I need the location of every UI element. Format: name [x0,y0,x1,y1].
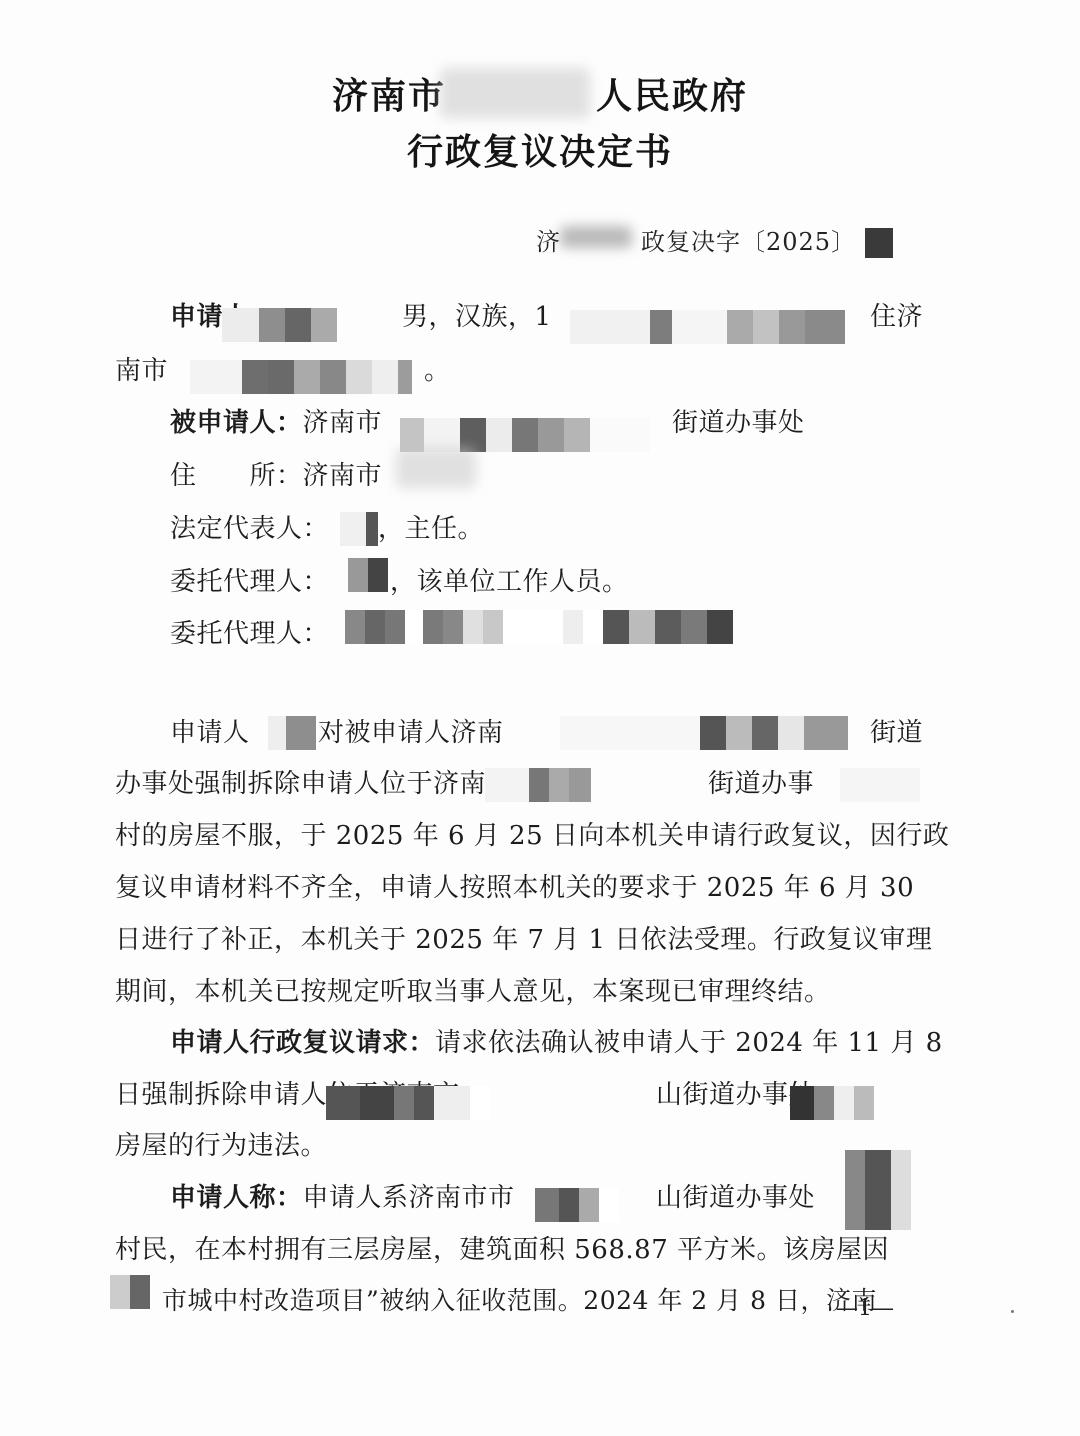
para3-line1-end: 山街道办事处 [656,1177,815,1214]
legal-rep-value: ，主任。 [378,508,484,545]
respondent-label: 被申请人： [170,408,303,438]
para1-line1-mid: 对被申请人济南 [318,712,504,749]
para3-line1-text: 申请人系济南市市 [303,1183,515,1213]
applicant-details: 男，汉族，1 [402,296,552,333]
domicile-value: 济南市 [303,461,383,491]
para2-location-redaction [326,1086,490,1120]
applicant-address-end: 。 [424,350,451,387]
para1-line4: 复议申请材料不齐全，申请人按照本机关的要求于 2025 年 6 月 30 [115,867,914,904]
agent2-redaction [345,610,733,644]
para2-line3: 房屋的行为违法。 [115,1125,327,1162]
para1-line6: 期间，本机关已按规定听取当事人意见，本案现已审理终结。 [115,971,831,1008]
document-title-line2: 行政复议决定书 [0,124,1080,175]
para3-project-redaction [110,1275,150,1309]
doc-number-prefix: 济 [536,228,561,256]
doc-number-redaction [865,228,893,258]
para3-line3: 市城中村改造项目”被纳入征收范围。2024 年 2 月 8 日，济南 [162,1281,877,1317]
para1-line1-start: 申请人 [170,712,250,749]
agent1-redaction [348,558,388,592]
doc-number-redaction-blur [560,226,632,248]
para1-line5: 日进行了补正，本机关于 2025 年 7 月 1 日依法受理。行政复议审理 [115,919,932,956]
agent2-line: 委托代理人： [170,613,329,650]
domicile-line: 住 所：济南市 [170,455,382,492]
legal-rep-line: 法定代表人： [170,508,329,545]
para3-village-redaction [845,1150,911,1230]
legal-rep-label: 法定代表人： [170,514,329,544]
legal-rep-redaction [340,512,378,546]
para2-label: 申请人行政复议请求： [170,1028,435,1058]
agent1-line: 委托代理人： [170,561,329,598]
para2-line1-text: 请求依法确认被申请人于 2024 年 11 月 8 [435,1028,943,1058]
para1-line2-end: 街道办事 [708,763,814,800]
respondent-name-start: 济南市 [303,408,383,438]
applicant-name-redaction [222,308,337,342]
para1-line2-start: 办事处强制拆除申请人位于济南市 [115,763,513,800]
para1-applicant-redaction [268,716,316,750]
para2-village-redaction [790,1086,874,1120]
domicile-redaction-blur [396,448,476,488]
applicant-address-redaction [190,360,412,394]
document-page: 济南市人民政府 行政复议决定书 济政复决字〔2025〕 申请人： 男，汉族，1 … [0,0,1080,1436]
agent2-label: 委托代理人： [170,619,329,649]
para2-line1: 申请人行政复议请求：请求依法确认被申请人于 2024 年 11 月 8 [170,1022,943,1059]
doc-number-visible: 政复决字〔2025〕 [641,228,856,256]
respondent-name-redaction [400,418,650,452]
title-government: 人民政府 [596,76,748,117]
agent1-label: 委托代理人： [170,567,329,597]
para1-location-redaction [485,768,591,802]
respondent-name-end: 街道办事处 [672,402,805,439]
para1-line1-end: 街道 [870,712,923,749]
page-number: —1— [836,1296,894,1321]
para3-line2: 村民，在本村拥有三层房屋，建筑面积 568.87 平方米。该房屋因 [115,1229,889,1266]
title-redaction-blur [440,68,590,118]
para3-label: 申请人称： [170,1183,303,1213]
respondent-line: 被申请人：济南市 [170,402,382,439]
para1-respondent-redaction [560,716,848,750]
applicant-address-start: 南市 [115,350,168,387]
domicile-label: 住 所： [170,461,303,491]
para1-village-redaction [840,768,920,802]
scan-speck [1011,1310,1014,1313]
applicant-residence: 住济 [870,296,923,333]
para3-line1: 申请人称：申请人系济南市市 [170,1177,515,1214]
title-city: 济南市 [332,76,446,117]
para3-location-redaction [535,1188,619,1222]
agent1-value: ，该单位工作人员。 [390,561,629,598]
para1-line3: 村的房屋不服，于 2025 年 6 月 25 日向本机关申请行政复议，因行政 [115,815,949,852]
applicant-birth-redaction [570,310,845,344]
